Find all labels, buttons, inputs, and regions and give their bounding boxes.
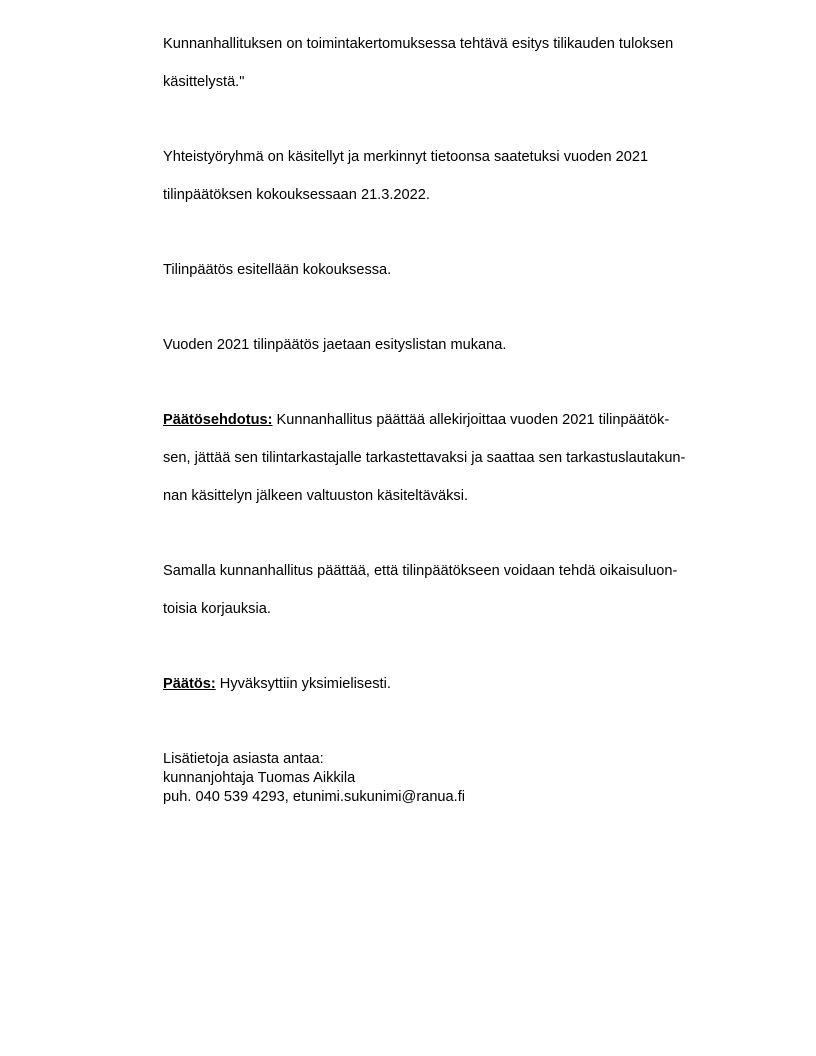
decision-label: Päätös: xyxy=(163,676,216,692)
text-line: toisia korjauksia. xyxy=(163,600,743,619)
decision-text: Hyväksyttiin yksimielisesti. xyxy=(216,676,391,692)
contact-info: Lisätietoja asiasta antaa: kunnanjohtaja… xyxy=(163,750,743,807)
text-line: Tilinpäätös esitellään kokouksessa. xyxy=(163,261,743,280)
decision-proposal: Päätösehdotus: Kunnanhallitus päättää al… xyxy=(163,392,743,525)
proposal-text: Kunnanhallitus päättää allekirjoittaa vu… xyxy=(272,412,669,428)
text-line: käsittelystä." xyxy=(163,73,743,92)
proposal-label: Päätösehdotus: xyxy=(163,412,272,428)
text-line: Päätös: Hyväksyttiin yksimielisesti. xyxy=(163,675,743,694)
decision: Päätös: Hyväksyttiin yksimielisesti. xyxy=(163,656,743,713)
paragraph-corrections: Samalla kunnanhallitus päättää, että til… xyxy=(163,543,743,638)
contact-details: puh. 040 539 4293, etunimi.sukunimi@ranu… xyxy=(163,788,743,807)
contact-intro: Lisätietoja asiasta antaa: xyxy=(163,750,743,769)
paragraph-distribution: Vuoden 2021 tilinpäätös jaetaan esitysli… xyxy=(163,317,743,374)
document-page: Kunnanhallituksen on toimintakertomukses… xyxy=(163,16,743,807)
paragraph-result-handling: Kunnanhallituksen on toimintakertomukses… xyxy=(163,16,743,111)
text-line: Yhteistyöryhmä on käsitellyt ja merkinny… xyxy=(163,148,743,167)
paragraph-cooperation-group: Yhteistyöryhmä on käsitellyt ja merkinny… xyxy=(163,129,743,224)
paragraph-presentation: Tilinpäätös esitellään kokouksessa. xyxy=(163,242,743,299)
text-line: nan käsittelyn jälkeen valtuuston käsite… xyxy=(163,487,743,506)
contact-person: kunnanjohtaja Tuomas Aikkila xyxy=(163,769,743,788)
text-line: tilinpäätöksen kokouksessaan 21.3.2022. xyxy=(163,186,743,205)
text-line: Kunnanhallituksen on toimintakertomukses… xyxy=(163,35,743,54)
text-line: Päätösehdotus: Kunnanhallitus päättää al… xyxy=(163,411,743,430)
text-line: sen, jättää sen tilintarkastajalle tarka… xyxy=(163,449,743,468)
text-line: Vuoden 2021 tilinpäätös jaetaan esitysli… xyxy=(163,336,743,355)
text-line: Samalla kunnanhallitus päättää, että til… xyxy=(163,562,743,581)
